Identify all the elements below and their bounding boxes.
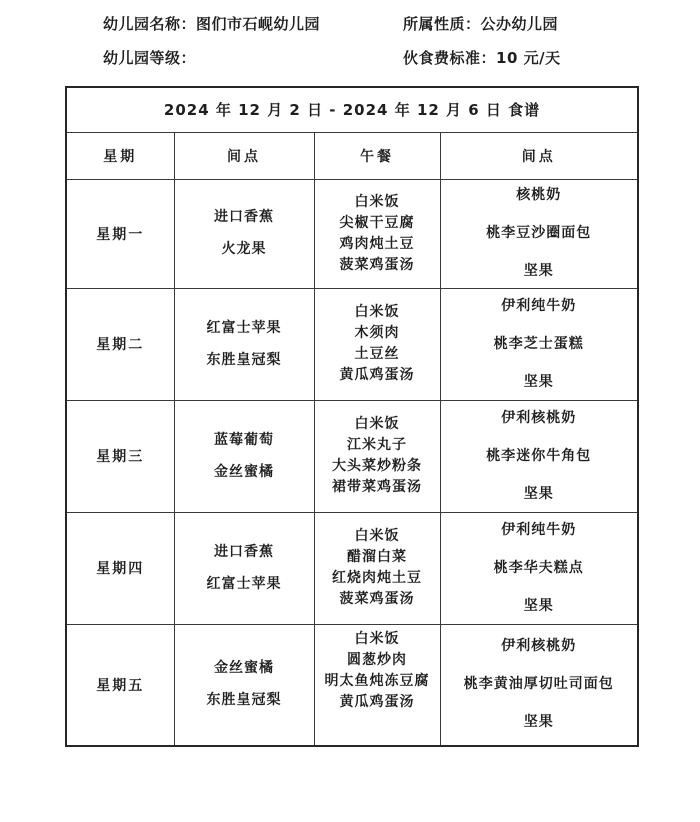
menu-item: 东胜皇冠梨 [175, 691, 314, 710]
kindergarten-name-line: 幼儿园名称：图们市石岘幼儿园 [103, 13, 320, 34]
menu-item: 桃李华夫糕点 [441, 559, 638, 578]
morning-snack-cell: 蓝莓葡萄 金丝蜜橘 [174, 400, 314, 512]
kindergarten-level-line: 幼儿园等级： [103, 47, 196, 68]
menu-item: 桃李迷你牛角包 [441, 447, 638, 466]
day-cell: 星期一 [66, 179, 174, 288]
kindergarten-level-label: 幼儿园等级： [103, 49, 196, 67]
menu-document-page: 幼儿园名称：图们市石岘幼儿园 所属性质：公办幼儿园 幼儿园等级： 伙食费标准：1… [0, 0, 700, 822]
meal-fee-line: 伙食费标准：10 元/天 [403, 47, 561, 68]
menu-item: 坚果 [441, 597, 638, 616]
menu-item: 坚果 [441, 262, 638, 281]
ownership-nature-label: 所属性质： [403, 15, 481, 33]
col-header-morning-snack: 间点 [174, 132, 314, 179]
menu-item: 桃李芝士蛋糕 [441, 335, 638, 354]
lunch-cell: 白米饭 尖椒干豆腐 鸡肉炖土豆 菠菜鸡蛋汤 [314, 179, 440, 288]
morning-snack-cell: 金丝蜜橘 东胜皇冠梨 [174, 624, 314, 746]
afternoon-snack-cell: 伊利核桃奶 桃李黄油厚切吐司面包 坚果 [440, 624, 638, 746]
table-row-tuesday: 星期二 红富士苹果 东胜皇冠梨 白米饭 木须肉 土豆丝 黄瓜鸡蛋汤 伊利纯牛奶 … [66, 288, 638, 400]
menu-item: 裙带菜鸡蛋汤 [315, 478, 440, 497]
day-cell: 星期二 [66, 288, 174, 400]
table-row-monday: 星期一 进口香蕉 火龙果 白米饭 尖椒干豆腐 鸡肉炖土豆 菠菜鸡蛋汤 核桃奶 桃… [66, 179, 638, 288]
lunch-cell: 白米饭 江米丸子 大头菜炒粉条 裙带菜鸡蛋汤 [314, 400, 440, 512]
meal-fee-label: 伙食费标准： [403, 49, 496, 67]
document-header: 幼儿园名称：图们市石岘幼儿园 所属性质：公办幼儿园 幼儿园等级： 伙食费标准：1… [0, 0, 700, 86]
menu-item: 黄瓜鸡蛋汤 [315, 366, 440, 385]
menu-item: 白米饭 [315, 630, 440, 649]
afternoon-snack-cell: 伊利核桃奶 桃李迷你牛角包 坚果 [440, 400, 638, 512]
menu-item: 大头菜炒粉条 [315, 457, 440, 476]
menu-item: 红烧肉炖土豆 [315, 569, 440, 588]
table-row-thursday: 星期四 进口香蕉 红富士苹果 白米饭 醋溜白菜 红烧肉炖土豆 菠菜鸡蛋汤 伊利纯… [66, 512, 638, 624]
menu-item: 坚果 [441, 373, 638, 392]
menu-item: 鸡肉炖土豆 [315, 235, 440, 254]
menu-item: 火龙果 [175, 240, 314, 259]
menu-item: 坚果 [441, 713, 638, 732]
table-header-row: 星期 间点 午餐 间点 [66, 132, 638, 179]
day-cell: 星期五 [66, 624, 174, 746]
menu-item: 土豆丝 [315, 345, 440, 364]
menu-item: 白米饭 [315, 303, 440, 322]
menu-item: 明太鱼炖冻豆腐 [315, 672, 440, 691]
day-cell: 星期三 [66, 400, 174, 512]
menu-item: 醋溜白菜 [315, 548, 440, 567]
menu-item: 进口香蕉 [175, 543, 314, 562]
menu-item: 桃李豆沙圈面包 [441, 224, 638, 243]
lunch-cell: 白米饭 醋溜白菜 红烧肉炖土豆 菠菜鸡蛋汤 [314, 512, 440, 624]
ownership-nature-value: 公办幼儿园 [481, 15, 559, 33]
menu-item: 伊利核桃奶 [441, 637, 638, 656]
menu-item: 进口香蕉 [175, 208, 314, 227]
lunch-cell: 白米饭 圆葱炒肉 明太鱼炖冻豆腐 黄瓜鸡蛋汤 [314, 624, 440, 746]
day-cell: 星期四 [66, 512, 174, 624]
menu-item: 黄瓜鸡蛋汤 [315, 693, 440, 712]
col-header-day: 星期 [66, 132, 174, 179]
afternoon-snack-cell: 核桃奶 桃李豆沙圈面包 坚果 [440, 179, 638, 288]
menu-item: 菠菜鸡蛋汤 [315, 256, 440, 275]
kindergarten-name-label: 幼儿园名称： [103, 15, 196, 33]
menu-item: 蓝莓葡萄 [175, 431, 314, 450]
table-title: 2024 年 12 月 2 日 - 2024 年 12 月 6 日 食谱 [66, 87, 638, 132]
table-row-friday: 星期五 金丝蜜橘 东胜皇冠梨 白米饭 圆葱炒肉 明太鱼炖冻豆腐 黄瓜鸡蛋汤 伊利… [66, 624, 638, 746]
menu-item: 桃李黄油厚切吐司面包 [441, 675, 638, 694]
table-row-wednesday: 星期三 蓝莓葡萄 金丝蜜橘 白米饭 江米丸子 大头菜炒粉条 裙带菜鸡蛋汤 伊利核… [66, 400, 638, 512]
menu-item: 红富士苹果 [175, 319, 314, 338]
menu-item: 圆葱炒肉 [315, 651, 440, 670]
menu-item: 菠菜鸡蛋汤 [315, 590, 440, 609]
menu-item: 红富士苹果 [175, 575, 314, 594]
menu-item: 尖椒干豆腐 [315, 214, 440, 233]
table-title-row: 2024 年 12 月 2 日 - 2024 年 12 月 6 日 食谱 [66, 87, 638, 132]
col-header-lunch: 午餐 [314, 132, 440, 179]
morning-snack-cell: 进口香蕉 火龙果 [174, 179, 314, 288]
ownership-nature-line: 所属性质：公办幼儿园 [403, 13, 558, 34]
menu-item: 坚果 [441, 485, 638, 504]
menu-item: 东胜皇冠梨 [175, 351, 314, 370]
menu-item: 江米丸子 [315, 436, 440, 455]
menu-item: 白米饭 [315, 193, 440, 212]
meal-fee-value: 10 元/天 [496, 49, 561, 67]
kindergarten-name-value: 图们市石岘幼儿园 [196, 15, 320, 33]
morning-snack-cell: 进口香蕉 红富士苹果 [174, 512, 314, 624]
menu-item: 伊利纯牛奶 [441, 297, 638, 316]
morning-snack-cell: 红富士苹果 东胜皇冠梨 [174, 288, 314, 400]
lunch-cell: 白米饭 木须肉 土豆丝 黄瓜鸡蛋汤 [314, 288, 440, 400]
afternoon-snack-cell: 伊利纯牛奶 桃李华夫糕点 坚果 [440, 512, 638, 624]
col-header-afternoon-snack: 间点 [440, 132, 638, 179]
menu-item: 伊利核桃奶 [441, 409, 638, 428]
menu-item: 金丝蜜橘 [175, 463, 314, 482]
menu-item: 白米饭 [315, 527, 440, 546]
afternoon-snack-cell: 伊利纯牛奶 桃李芝士蛋糕 坚果 [440, 288, 638, 400]
menu-item: 白米饭 [315, 415, 440, 434]
menu-item: 伊利纯牛奶 [441, 521, 638, 540]
menu-item: 金丝蜜橘 [175, 659, 314, 678]
weekly-menu-table: 2024 年 12 月 2 日 - 2024 年 12 月 6 日 食谱 星期 … [65, 86, 639, 747]
menu-item: 核桃奶 [441, 186, 638, 205]
menu-item: 木须肉 [315, 324, 440, 343]
